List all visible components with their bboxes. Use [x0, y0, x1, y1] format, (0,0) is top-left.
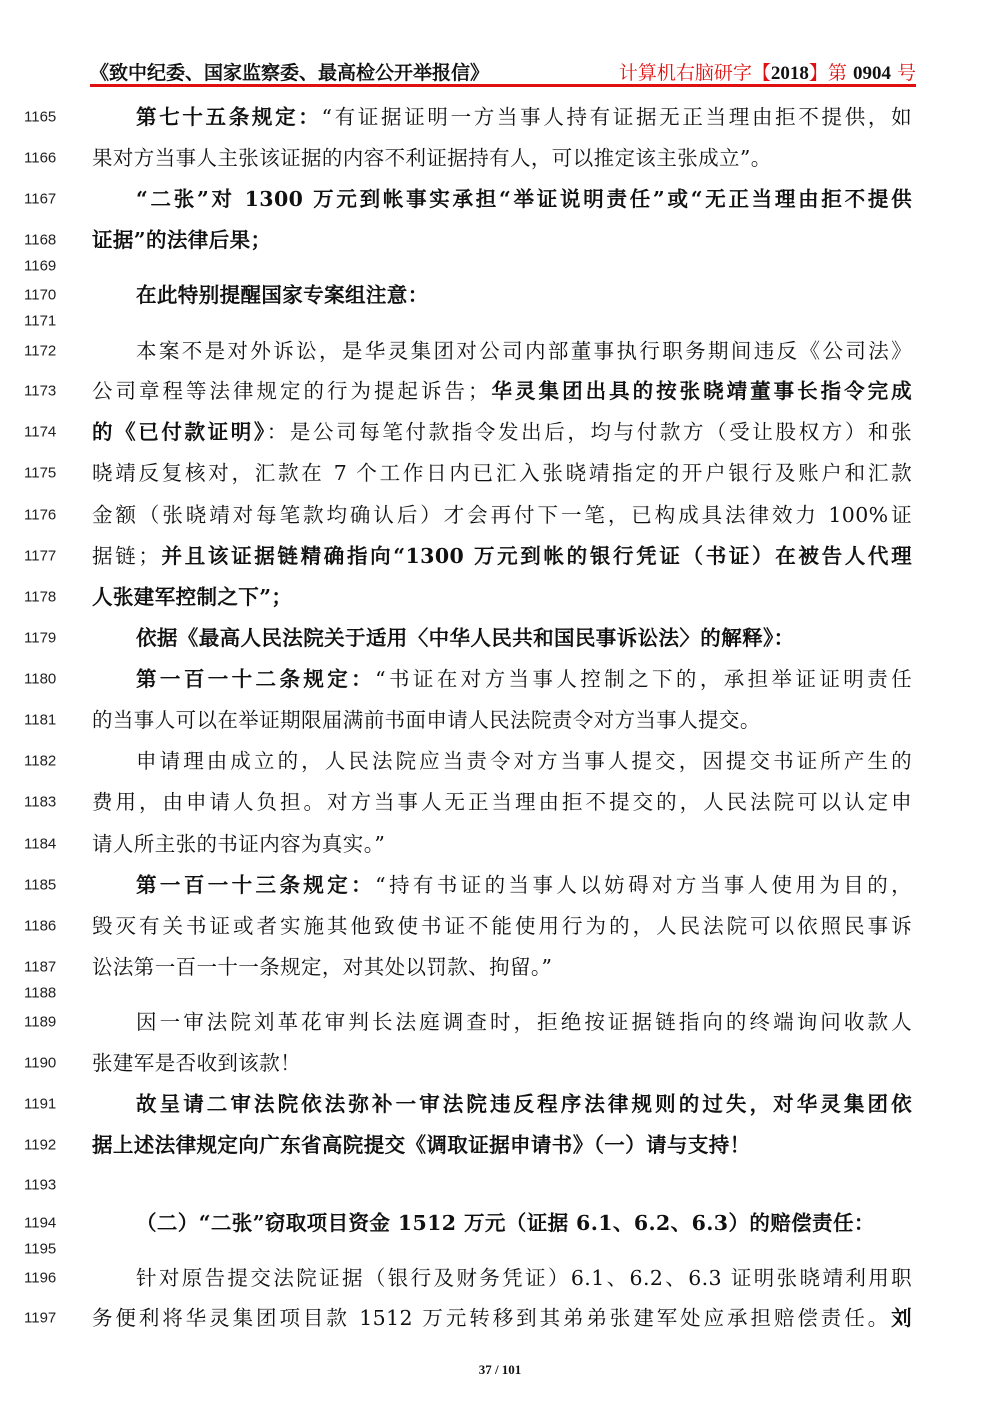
line-number: 1177: [24, 548, 64, 565]
text-line-1189: 因一审法院刘革花审判长法庭调查时，拒绝按证据链指向的终端询问收款人: [136, 1005, 912, 1035]
line-number: 1187: [24, 959, 64, 976]
text-line-1185: 第一百一十三条规定：“持有书证的当事人以妨碍对方当事人使用为目的，: [136, 868, 912, 898]
text-line-1190: 张建军是否收到该款！: [92, 1046, 912, 1076]
line-number: 1171: [24, 313, 64, 330]
line-number: 1176: [24, 507, 64, 524]
line-number: 1196: [24, 1270, 64, 1287]
text-plain: 据链；: [92, 544, 159, 568]
text-line-1197: 务便利将华灵集团项目款 1512 万元转移到其弟弟张建军处应承担赔偿责任。刘: [92, 1301, 912, 1331]
article-112-quote: “书证在对方当事人控制之下的，承担举证证明责任: [375, 667, 912, 691]
text-line-1173: 公司章程等法律规定的行为提起诉告；华灵集团出具的按张晓靖董事长指令完成: [92, 374, 912, 404]
line-number: 1185: [24, 877, 64, 894]
line-number: 1181: [24, 712, 64, 729]
text-line-1174: 的《已付款证明》：是公司每笔付款指令发出后，均与付款方（受让股权方）和张: [92, 415, 912, 445]
line-number: 1188: [24, 985, 64, 1002]
text-bold: 刘: [891, 1306, 912, 1330]
article-112-heading: 第一百一十二条规定：: [136, 667, 375, 691]
line-number: 1173: [24, 383, 64, 400]
text-line-1186: 毁灭有关书证或者实施其他致使书证不能使用行为的，人民法院可以依照民事诉: [92, 909, 912, 939]
line-number: 1175: [24, 465, 64, 482]
header-number-prefix: 计算机右脑研字【: [619, 62, 771, 84]
line-number: 1184: [24, 836, 64, 853]
text-line-1181: 的当事人可以在举证期限届满前书面申请人民法院责令对方当事人提交。: [92, 703, 912, 733]
line-number: 1183: [24, 794, 64, 811]
text-line-1172: 本案不是对外诉讼，是华灵集团对公司内部董事执行职务期间违反《公司法》: [136, 334, 912, 364]
line-number: 1197: [24, 1310, 64, 1327]
header-number-mid: 】第: [809, 62, 853, 84]
line-number: 1165: [24, 109, 64, 126]
line-number: 1182: [24, 753, 64, 770]
line-number: 1180: [24, 671, 64, 688]
page-number: 37 / 101: [0, 1362, 1000, 1378]
text-line-1182: 申请理由成立的，人民法院应当责令对方当事人提交，因提交书证所产生的: [136, 744, 912, 774]
header-year: 2018: [771, 63, 809, 84]
article-75-quote: “有证据证明一方当事人持有证据无正当理由拒不提供，如: [321, 105, 912, 129]
line-number: 1195: [24, 1241, 64, 1258]
document-header: 《致中纪委、国家监察委、最高检公开举报信》 计算机右脑研字【2018】第 090…: [90, 58, 916, 84]
article-113-quote: “持有书证的当事人以妨碍对方当事人使用为目的，: [375, 873, 912, 897]
header-title: 《致中纪委、国家监察委、最高检公开举报信》: [90, 58, 489, 85]
line-number: 1170: [24, 287, 64, 304]
line-number: 1191: [24, 1096, 64, 1113]
text-line-1179: 依据《最高人民法院关于适用〈中华人民共和国民事诉讼法〉的解释》：: [136, 621, 912, 651]
line-number: 1169: [24, 258, 64, 275]
line-number: 1193: [24, 1177, 64, 1194]
text-line-1166: 果对方当事人主张该证据的内容不利证据持有人，可以推定该主张成立”。: [92, 141, 912, 171]
section-notice-heading: 在此特别提醒国家专案组注意：: [136, 278, 912, 308]
text-line-1178: 人张建军控制之下”；: [92, 580, 912, 610]
article-75-heading: 第七十五条规定：: [136, 105, 321, 129]
line-number: 1178: [24, 589, 64, 606]
text-plain: 务便利将华灵集团项目款 1512 万元转移到其弟弟张建军处应承担赔偿责任。: [92, 1306, 891, 1330]
text-line-1177: 据链；并且该证据链精确指向“1300 万元到帐的银行凭证（书证）在被告人代理: [92, 539, 912, 569]
section-two-heading: （二）“二张”窃取项目资金 1512 万元（证据 6.1、6.2、6.3）的赔偿…: [136, 1206, 912, 1236]
text-line-1175: 晓靖反复核对，汇款在 7 个工作日内已汇入张晓靖指定的开户银行及账户和汇款: [92, 456, 912, 486]
text-line-1191: 故呈请二审法院依法弥补一审法院违反程序法律规则的过失，对华灵集团依: [136, 1087, 912, 1117]
text-line-1167: “二张”对 1300 万元到帐事实承担“举证说明责任”或“无正当理由拒不提供: [136, 182, 912, 212]
line-number: 1172: [24, 343, 64, 360]
text-line-1180: 第一百一十二条规定：“书证在对方当事人控制之下的，承担举证证明责任: [136, 662, 912, 692]
text-line-1168: 证据”的法律后果；: [92, 223, 912, 253]
line-number: 1186: [24, 918, 64, 935]
line-number: 1194: [24, 1215, 64, 1232]
article-113-heading: 第一百一十三条规定：: [136, 873, 375, 897]
text-bold: 华灵集团出具的按张晓靖董事长指令完成: [489, 379, 912, 403]
line-number: 1189: [24, 1014, 64, 1031]
text-bold: 并且该证据链精确指向“1300 万元到帐的银行凭证（书证）在被告人代理: [159, 544, 912, 568]
header-divider: [90, 84, 916, 87]
text-line-1183: 费用，由申请人负担。对方当事人无正当理由拒不提交的，人民法院可以认定申: [92, 785, 912, 815]
line-number: 1174: [24, 424, 64, 441]
line-number: 1167: [24, 191, 64, 208]
text-line-1187: 讼法第一百一十一条规定，对其处以罚款、拘留。”: [92, 950, 912, 980]
header-number-suffix: 号: [891, 62, 916, 84]
text-line-1196: 针对原告提交法院证据（银行及财务凭证）6.1、6.2、6.3 证明张晓靖利用职: [136, 1261, 912, 1291]
header-serial: 0904: [853, 63, 891, 84]
text-bold: 的《已付款证明》: [92, 420, 267, 444]
line-number: 1166: [24, 150, 64, 167]
line-number: 1168: [24, 232, 64, 249]
text-line-1165: 第七十五条规定：“有证据证明一方当事人持有证据无正当理由拒不提供，如: [136, 100, 912, 130]
text-line-1176: 金额（张晓靖对每笔款均确认后）才会再付下一笔，已构成具法律效力 100%证: [92, 498, 912, 528]
text-line-1192: 据上述法律规定向广东省高院提交《调取证据申请书》（一）请与支持！: [92, 1128, 912, 1158]
text-line-1184: 请人所主张的书证内容为真实。”: [92, 827, 912, 857]
line-number: 1192: [24, 1137, 64, 1154]
text-plain: 公司章程等法律规定的行为提起诉告；: [92, 379, 489, 403]
line-number: 1190: [24, 1055, 64, 1072]
line-number: 1179: [24, 630, 64, 647]
header-document-number: 计算机右脑研字【2018】第 0904 号: [619, 58, 916, 85]
text-plain: ：是公司每笔付款指令发出后，均与付款方（受让股权方）和张: [267, 420, 912, 444]
